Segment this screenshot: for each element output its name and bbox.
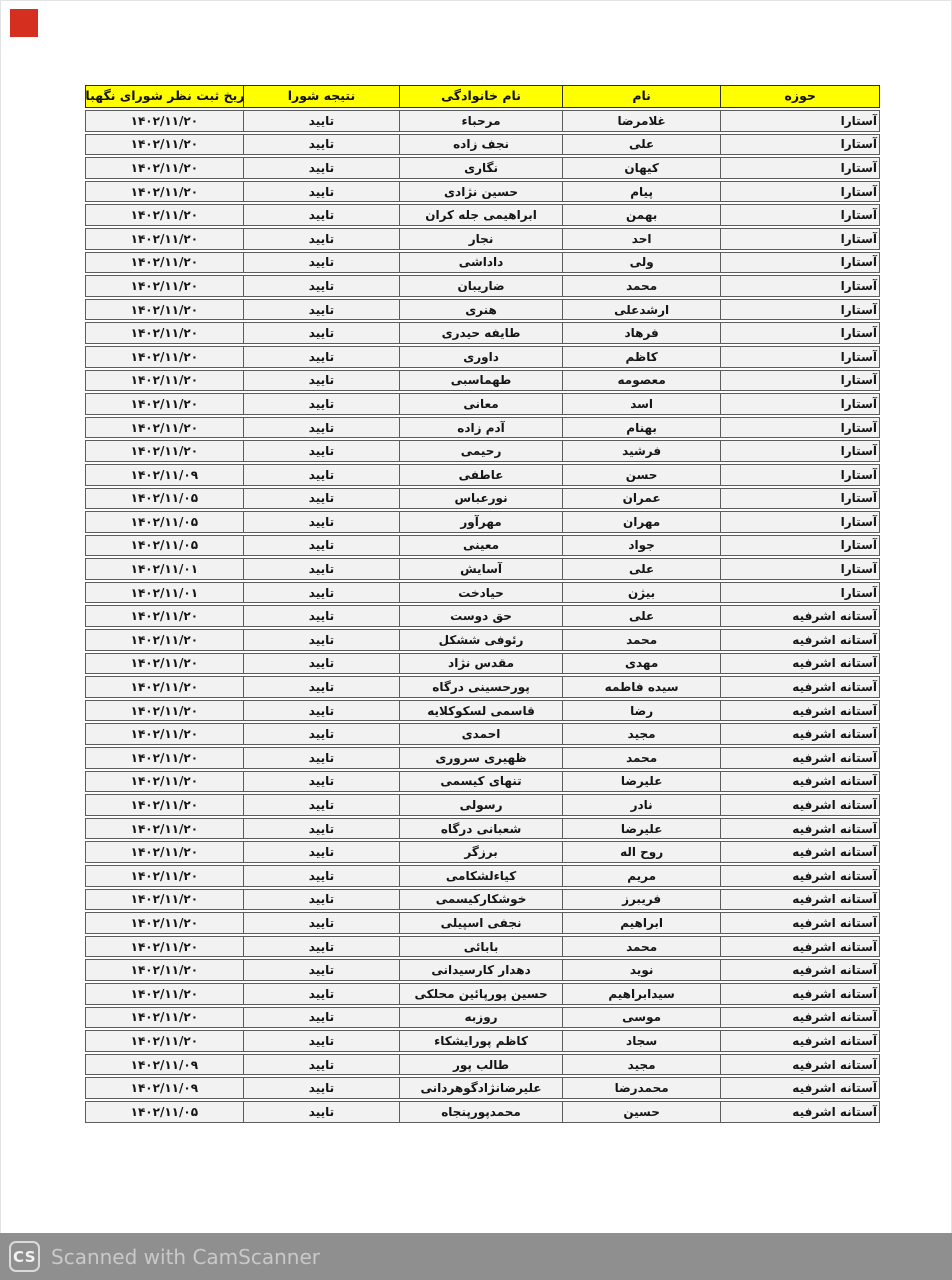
cell-hozeh: آستانه اشرفیه [720,937,879,957]
cell-result: تایید [243,111,400,131]
cell-result: تایید [243,1102,400,1122]
table-row: آستانه اشرفیهسیدابراهیمحسین پورپائین محل… [85,983,880,1005]
cell-date: ۱۴۰۲/۱۱/۲۰ [86,276,243,296]
cell-result: تایید [243,394,400,414]
table-row: آستانه اشرفیهعلیرضاتنهای کیسمیتایید۱۴۰۲/… [85,771,880,793]
table-row: آستانه اشرفیهمریمکیاءلشکامیتایید۱۴۰۲/۱۱/… [85,865,880,887]
cell-date: ۱۴۰۲/۱۱/۰۵ [86,489,243,509]
cell-result: تایید [243,205,400,225]
cell-date: ۱۴۰۲/۱۱/۲۰ [86,724,243,744]
cell-date: ۱۴۰۲/۱۱/۲۰ [86,606,243,626]
red-corner-marker [10,9,38,37]
cell-result: تایید [243,654,400,674]
cell-name: علی [562,135,721,155]
cell-name: کیهان [562,158,721,178]
table-row: آستانه اشرفیهموسیروزبهتایید۱۴۰۲/۱۱/۲۰ [85,1007,880,1029]
cell-surname: کیاءلشکامی [399,866,562,886]
cell-name: غلامرضا [562,111,721,131]
cell-result: تایید [243,182,400,202]
cell-date: ۱۴۰۲/۱۱/۲۰ [86,795,243,815]
cell-name: مریم [562,866,721,886]
table-row: آستاراکاظمداوریتایید۱۴۰۲/۱۱/۲۰ [85,346,880,368]
cell-date: ۱۴۰۲/۱۱/۲۰ [86,748,243,768]
table-row: آستاراجوادمعینیتایید۱۴۰۲/۱۱/۰۵ [85,535,880,557]
cell-name: سیده فاطمه [562,677,721,697]
cell-result: تایید [243,606,400,626]
cell-date: ۱۴۰۲/۱۱/۲۰ [86,772,243,792]
cell-name: محمد [562,937,721,957]
cell-result: تایید [243,229,400,249]
table-row: آستاراکیهاننگاریتایید۱۴۰۲/۱۱/۲۰ [85,157,880,179]
cell-hozeh: آستانه اشرفیه [720,606,879,626]
table-row: آستانه اشرفیهمحمدظهیری سروریتایید۱۴۰۲/۱۱… [85,747,880,769]
cell-hozeh: آستانه اشرفیه [720,960,879,980]
cell-surname: ضاریبان [399,276,562,296]
cell-result: تایید [243,937,400,957]
cell-hozeh: آستانه اشرفیه [720,677,879,697]
cell-date: ۱۴۰۲/۱۱/۰۵ [86,1102,243,1122]
cell-result: تایید [243,512,400,532]
cell-surname: ابراهیمی جله کران [399,205,562,225]
cell-name: محمدرضا [562,1078,721,1098]
table-row: آستارااسدمعانیتایید۱۴۰۲/۱۱/۲۰ [85,393,880,415]
cell-surname: رحیمی [399,441,562,461]
table-row: آستانه اشرفیهعلیحق دوستتایید۱۴۰۲/۱۱/۲۰ [85,605,880,627]
cell-hozeh: آستانه اشرفیه [720,654,879,674]
cell-surname: معینی [399,536,562,556]
table-row: آستاراغلامرضامرحباءتایید۱۴۰۲/۱۱/۲۰ [85,110,880,132]
cell-name: حسن [562,465,721,485]
table-row: آستارامعصومهطهماسبیتایید۱۴۰۲/۱۱/۲۰ [85,370,880,392]
cell-hozeh: آستانه اشرفیه [720,748,879,768]
cell-surname: رسولی [399,795,562,815]
cell-surname: روزبه [399,1008,562,1028]
cell-date: ۱۴۰۲/۱۱/۰۹ [86,1078,243,1098]
cell-result: تایید [243,135,400,155]
cell-surname: آدم زاده [399,418,562,438]
cell-result: تایید [243,630,400,650]
cell-hozeh: آستارا [720,394,879,414]
cell-result: تایید [243,536,400,556]
cell-hozeh: آستانه اشرفیه [720,984,879,1004]
cell-name: محمد [562,276,721,296]
cell-date: ۱۴۰۲/۱۱/۲۰ [86,158,243,178]
cell-date: ۱۴۰۲/۱۱/۲۰ [86,182,243,202]
cell-hozeh: آستارا [720,229,879,249]
cell-surname: نجف زاده [399,135,562,155]
cell-result: تایید [243,1055,400,1075]
header-cell-date: تاریخ ثبت نظر شورای نگهبان [86,86,243,107]
cell-name: فریبرز [562,890,721,910]
cell-hozeh: آستارا [720,583,879,603]
cell-name: علیرضا [562,772,721,792]
cell-surname: نورعباس [399,489,562,509]
table-row: آستانه اشرفیهحسینمحمدپورپنجاهتایید۱۴۰۲/۱… [85,1101,880,1123]
cell-date: ۱۴۰۲/۱۱/۲۰ [86,111,243,131]
cell-result: تایید [243,913,400,933]
cell-name: حسین [562,1102,721,1122]
cell-surname: نجفی اسپیلی [399,913,562,933]
cell-result: تایید [243,960,400,980]
cell-name: علیرضا [562,819,721,839]
cell-name: فرشید [562,441,721,461]
cell-name: سیدابراهیم [562,984,721,1004]
cell-surname: هنری [399,300,562,320]
cell-hozeh: آستانه اشرفیه [720,1102,879,1122]
cell-result: تایید [243,842,400,862]
cell-result: تایید [243,984,400,1004]
header-cell-result: نتیجه شورا [243,86,400,107]
cell-result: تایید [243,1078,400,1098]
cell-surname: حق دوست [399,606,562,626]
cell-hozeh: آستانه اشرفیه [720,1078,879,1098]
cell-hozeh: آستارا [720,347,879,367]
table-row: آستاراعلینجف زادهتایید۱۴۰۲/۱۱/۲۰ [85,134,880,156]
cell-name: بهمن [562,205,721,225]
cell-hozeh: آستارا [720,371,879,391]
cell-surname: قاسمی لسکوکلایه [399,701,562,721]
cell-surname: محمدپورپنجاه [399,1102,562,1122]
cell-date: ۱۴۰۲/۱۱/۲۰ [86,394,243,414]
cell-result: تایید [243,300,400,320]
table-row: آستارافرشیدرحیمیتایید۱۴۰۲/۱۱/۲۰ [85,440,880,462]
cell-date: ۱۴۰۲/۱۱/۲۰ [86,300,243,320]
cell-name: مهران [562,512,721,532]
cell-surname: مقدس نژاد [399,654,562,674]
cell-result: تایید [243,347,400,367]
table-row: آستارااحدنجارتایید۱۴۰۲/۱۱/۲۰ [85,228,880,250]
cell-date: ۱۴۰۲/۱۱/۰۵ [86,536,243,556]
cell-result: تایید [243,819,400,839]
cell-surname: معانی [399,394,562,414]
cell-date: ۱۴۰۲/۱۱/۲۰ [86,819,243,839]
cell-hozeh: آستانه اشرفیه [720,842,879,862]
table-row: آستانه اشرفیهمهدیمقدس نژادتایید۱۴۰۲/۱۱/۲… [85,653,880,675]
cell-name: احد [562,229,721,249]
cell-name: بیژن [562,583,721,603]
cell-hozeh: آستانه اشرفیه [720,913,879,933]
table-row: آستانه اشرفیهابراهیمنجفی اسپیلیتایید۱۴۰۲… [85,912,880,934]
cell-result: تایید [243,890,400,910]
table-row: آستارابیژنحیادختتایید۱۴۰۲/۱۱/۰۱ [85,582,880,604]
cell-hozeh: آستارا [720,489,879,509]
table-row: آستانه اشرفیهرضاقاسمی لسکوکلایهتایید۱۴۰۲… [85,700,880,722]
table-row: آستانه اشرفیهعلیرضاشعبانی درگاهتایید۱۴۰۲… [85,818,880,840]
header-cell-name: نام [562,86,721,107]
table-row: آستانه اشرفیهنادررسولیتایید۱۴۰۲/۱۱/۲۰ [85,794,880,816]
cell-surname: مهرآور [399,512,562,532]
table-row: آستانه اشرفیهمجیداحمدیتایید۱۴۰۲/۱۱/۲۰ [85,723,880,745]
table-row: آستانه اشرفیهمحمدبابائیتایید۱۴۰۲/۱۱/۲۰ [85,936,880,958]
cell-hozeh: آستانه اشرفیه [720,819,879,839]
table-row: آستارابهنامآدم زادهتایید۱۴۰۲/۱۱/۲۰ [85,417,880,439]
cell-result: تایید [243,866,400,886]
cell-surname: حسین نژادی [399,182,562,202]
cell-hozeh: آستانه اشرفیه [720,866,879,886]
cell-name: روح اله [562,842,721,862]
cell-date: ۱۴۰۲/۱۱/۲۰ [86,418,243,438]
cell-date: ۱۴۰۲/۱۱/۲۰ [86,654,243,674]
cell-name: نادر [562,795,721,815]
cell-name: علی [562,559,721,579]
cell-result: تایید [243,465,400,485]
cell-hozeh: آستارا [720,465,879,485]
cell-name: علی [562,606,721,626]
cell-result: تایید [243,772,400,792]
cell-name: فرهاد [562,323,721,343]
cell-hozeh: آستانه اشرفیه [720,772,879,792]
cell-result: تایید [243,253,400,273]
cell-date: ۱۴۰۲/۱۱/۲۰ [86,1008,243,1028]
cell-surname: دهدار کارسیدانی [399,960,562,980]
cell-surname: طایفه حیدری [399,323,562,343]
cell-date: ۱۴۰۲/۱۱/۲۰ [86,253,243,273]
table-row: آستاراارشدعلیهنریتایید۱۴۰۲/۱۱/۲۰ [85,299,880,321]
cell-name: سجاد [562,1031,721,1051]
cell-result: تایید [243,724,400,744]
cell-result: تایید [243,559,400,579]
cell-surname: تنهای کیسمی [399,772,562,792]
cell-name: کاظم [562,347,721,367]
cell-result: تایید [243,748,400,768]
cell-result: تایید [243,441,400,461]
cell-surname: طالب پور [399,1055,562,1075]
cell-date: ۱۴۰۲/۱۱/۲۰ [86,347,243,367]
cell-result: تایید [243,158,400,178]
cell-result: تایید [243,418,400,438]
table-row: آستانه اشرفیهسجادکاظم پورایشکاءتایید۱۴۰۲… [85,1030,880,1052]
cell-hozeh: آستارا [720,135,879,155]
cell-name: مجید [562,724,721,744]
cell-hozeh: آستانه اشرفیه [720,1031,879,1051]
cell-surname: برزگر [399,842,562,862]
cell-date: ۱۴۰۲/۱۱/۲۰ [86,1031,243,1051]
cell-date: ۱۴۰۲/۱۱/۲۰ [86,205,243,225]
camscanner-logo-icon: CS [9,1241,40,1272]
table-row: آستانه اشرفیهمجیدطالب پورتایید۱۴۰۲/۱۱/۰۹ [85,1054,880,1076]
cell-name: ولی [562,253,721,273]
cell-name: موسی [562,1008,721,1028]
camscanner-bar: CS Scanned with CamScanner [0,1233,952,1280]
cell-result: تایید [243,583,400,603]
cell-date: ۱۴۰۲/۱۱/۰۱ [86,583,243,603]
cell-date: ۱۴۰۲/۱۱/۲۰ [86,842,243,862]
cell-hozeh: آستارا [720,158,879,178]
cell-surname: نجار [399,229,562,249]
cell-hozeh: آستانه اشرفیه [720,1008,879,1028]
cell-hozeh: آستارا [720,441,879,461]
table-row: آستارامحمدضاریبانتایید۱۴۰۲/۱۱/۲۰ [85,275,880,297]
table-row: آستارافرهادطایفه حیدریتایید۱۴۰۲/۱۱/۲۰ [85,322,880,344]
cell-date: ۱۴۰۲/۱۱/۲۰ [86,371,243,391]
table-row: آستانه اشرفیهمحمدرضاعلیرضانژادگوهردانیتا… [85,1077,880,1099]
cell-name: رضا [562,701,721,721]
cell-hozeh: آستانه اشرفیه [720,1055,879,1075]
cell-date: ۱۴۰۲/۱۱/۲۰ [86,913,243,933]
table-row: آستانه اشرفیهسیده فاطمهپورحسینی درگاهتای… [85,676,880,698]
cell-hozeh: آستانه اشرفیه [720,724,879,744]
cell-hozeh: آستارا [720,300,879,320]
cell-date: ۱۴۰۲/۱۱/۰۱ [86,559,243,579]
cell-name: ابراهیم [562,913,721,933]
cell-date: ۱۴۰۲/۱۱/۰۹ [86,465,243,485]
cell-hozeh: آستانه اشرفیه [720,795,879,815]
cell-date: ۱۴۰۲/۱۱/۰۵ [86,512,243,532]
cell-surname: حسین پورپائین محلکی [399,984,562,1004]
cell-hozeh: آستانه اشرفیه [720,890,879,910]
table-row: آستارابهمنابراهیمی جله کرانتایید۱۴۰۲/۱۱/… [85,204,880,226]
cell-surname: خوشکارکیسمی [399,890,562,910]
cell-surname: طهماسبی [399,371,562,391]
cell-hozeh: آستارا [720,276,879,296]
cell-name: نوید [562,960,721,980]
cell-date: ۱۴۰۲/۱۱/۲۰ [86,323,243,343]
cell-hozeh: آستارا [720,323,879,343]
cell-hozeh: آستارا [720,559,879,579]
cell-name: اسد [562,394,721,414]
table-body: آستاراغلامرضامرحباءتایید۱۴۰۲/۱۱/۲۰آستارا… [85,110,880,1123]
cell-name: پیام [562,182,721,202]
cell-hozeh: آستارا [720,182,879,202]
cell-name: بهنام [562,418,721,438]
cell-date: ۱۴۰۲/۱۱/۲۰ [86,441,243,461]
table-row: آستانه اشرفیهنویددهدار کارسیدانیتایید۱۴۰… [85,959,880,981]
cell-date: ۱۴۰۲/۱۱/۲۰ [86,229,243,249]
cell-hozeh: آستانه اشرفیه [720,630,879,650]
camscanner-label: Scanned with CamScanner [51,1245,320,1269]
cell-surname: رئوفی ششکل [399,630,562,650]
cell-date: ۱۴۰۲/۱۱/۲۰ [86,630,243,650]
cell-hozeh: آستارا [720,536,879,556]
cell-hozeh: آستارا [720,512,879,532]
cell-name: مهدی [562,654,721,674]
cell-hozeh: آستارا [720,205,879,225]
cell-name: جواد [562,536,721,556]
cell-date: ۱۴۰۲/۱۱/۲۰ [86,677,243,697]
cell-name: عمران [562,489,721,509]
table-row: آستارامهرانمهرآورتایید۱۴۰۲/۱۱/۰۵ [85,511,880,533]
cell-hozeh: آستانه اشرفیه [720,701,879,721]
cell-result: تایید [243,276,400,296]
cell-result: تایید [243,795,400,815]
cell-surname: داوری [399,347,562,367]
cell-hozeh: آستارا [720,111,879,131]
table-row: آستاراحسنعاطفیتایید۱۴۰۲/۱۱/۰۹ [85,464,880,486]
header-cell-surname: نام خانوادگی [399,86,562,107]
cell-surname: بابائی [399,937,562,957]
cell-date: ۱۴۰۲/۱۱/۲۰ [86,984,243,1004]
cell-name: معصومه [562,371,721,391]
cell-hozeh: آستارا [720,253,879,273]
table-row: آستانه اشرفیهمحمدرئوفی ششکلتایید۱۴۰۲/۱۱/… [85,629,880,651]
cell-date: ۱۴۰۲/۱۱/۲۰ [86,890,243,910]
cell-surname: نگاری [399,158,562,178]
cell-result: تایید [243,1031,400,1051]
cell-surname: علیرضانژادگوهردانی [399,1078,562,1098]
cell-result: تایید [243,677,400,697]
cell-surname: عاطفی [399,465,562,485]
results-table: حوزه نام نام خانوادگی نتیجه شورا تاریخ ث… [85,85,880,1125]
cell-name: مجید [562,1055,721,1075]
cell-result: تایید [243,371,400,391]
cell-name: محمد [562,748,721,768]
cell-surname: مرحباء [399,111,562,131]
table-header-row: حوزه نام نام خانوادگی نتیجه شورا تاریخ ث… [85,85,880,108]
cell-date: ۱۴۰۲/۱۱/۲۰ [86,701,243,721]
cell-result: تایید [243,323,400,343]
cell-hozeh: آستارا [720,418,879,438]
cell-name: محمد [562,630,721,650]
cell-date: ۱۴۰۲/۱۱/۲۰ [86,866,243,886]
cell-surname: ظهیری سروری [399,748,562,768]
cell-date: ۱۴۰۲/۱۱/۲۰ [86,937,243,957]
cell-result: تایید [243,1008,400,1028]
cell-date: ۱۴۰۲/۱۱/۲۰ [86,135,243,155]
cell-name: ارشدعلی [562,300,721,320]
cell-surname: احمدی [399,724,562,744]
table-row: آستاراعلیآسایشتایید۱۴۰۲/۱۱/۰۱ [85,558,880,580]
cell-date: ۱۴۰۲/۱۱/۲۰ [86,960,243,980]
cell-surname: شعبانی درگاه [399,819,562,839]
cell-surname: داداشی [399,253,562,273]
table-row: آستانه اشرفیهفریبرزخوشکارکیسمیتایید۱۴۰۲/… [85,889,880,911]
table-row: آستاراولیداداشیتایید۱۴۰۲/۱۱/۲۰ [85,252,880,274]
cell-result: تایید [243,489,400,509]
cell-surname: کاظم پورایشکاء [399,1031,562,1051]
header-cell-hozeh: حوزه [720,86,879,107]
cell-result: تایید [243,701,400,721]
table-row: آستانه اشرفیهروح الهبرزگرتایید۱۴۰۲/۱۱/۲۰ [85,841,880,863]
cell-surname: حیادخت [399,583,562,603]
table-row: آستاراعمراننورعباستایید۱۴۰۲/۱۱/۰۵ [85,488,880,510]
cell-surname: آسایش [399,559,562,579]
cell-surname: پورحسینی درگاه [399,677,562,697]
cell-date: ۱۴۰۲/۱۱/۰۹ [86,1055,243,1075]
table-row: آستاراپیامحسین نژادیتایید۱۴۰۲/۱۱/۲۰ [85,181,880,203]
